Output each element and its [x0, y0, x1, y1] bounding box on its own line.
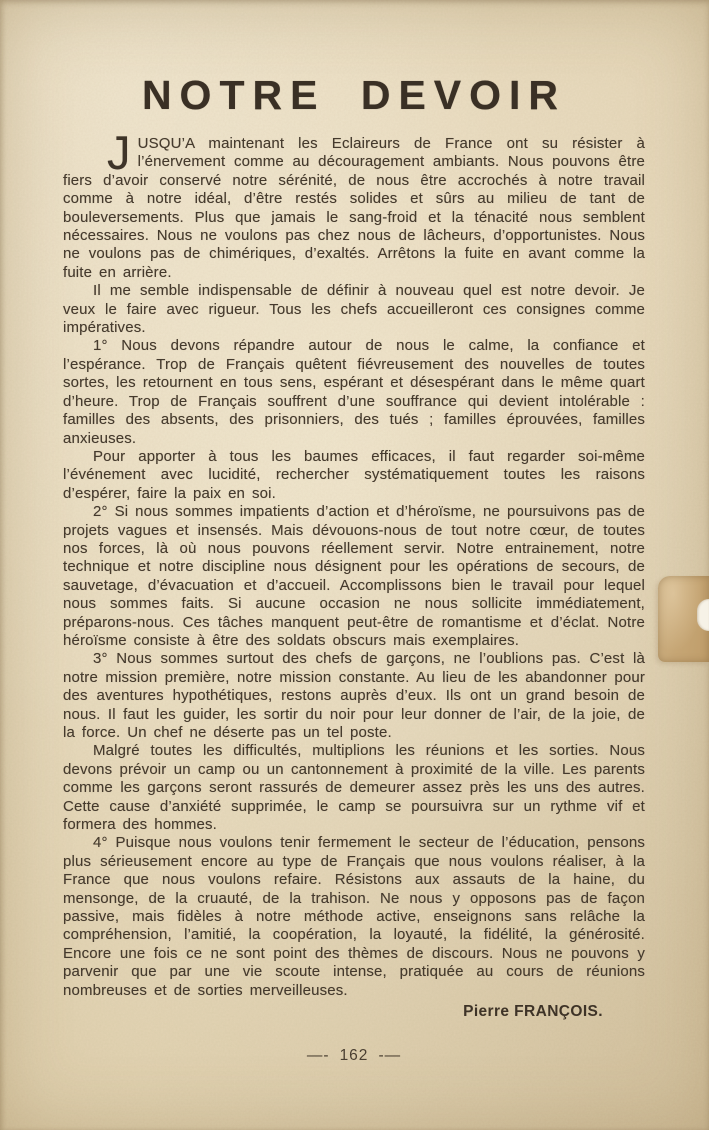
paragraph: 4° Puisque nous voulons tenir fermement … — [63, 834, 645, 1000]
paragraph: 1° Nous devons répandre autour de nous l… — [63, 337, 645, 447]
footer-right-dash: -— — [378, 1047, 401, 1064]
paragraph: 2° Si nous sommes impatients d’action et… — [63, 503, 645, 650]
torn-edge-notch — [697, 599, 709, 631]
dropcap-letter: J — [107, 135, 138, 168]
author-signature: Pierre FRANÇOIS. — [63, 1003, 603, 1021]
paragraph: Il me semble indispensable de définir à … — [63, 282, 645, 337]
page-title: NOTRE DEVOIR — [63, 72, 645, 119]
paragraph: Pour apporter à tous les baumes efficace… — [63, 448, 645, 503]
paragraph: 3° Nous sommes surtout des chefs de garç… — [63, 650, 645, 742]
paragraph: Malgré toutes les difficultés, multiplio… — [63, 742, 645, 834]
page-number: 162 — [330, 1047, 379, 1064]
footer-left-dash: —- — [307, 1047, 330, 1064]
paragraph: JUSQU’A maintenant les Eclaireurs de Fra… — [63, 135, 645, 282]
document-page: NOTRE DEVOIR JUSQU’A maintenant les Ecla… — [0, 0, 709, 1130]
text-column: NOTRE DEVOIR JUSQU’A maintenant les Ecla… — [63, 0, 645, 1065]
page-number-footer: —-162-— — [63, 1047, 645, 1065]
article-body: JUSQU’A maintenant les Eclaireurs de Fra… — [63, 135, 645, 1000]
